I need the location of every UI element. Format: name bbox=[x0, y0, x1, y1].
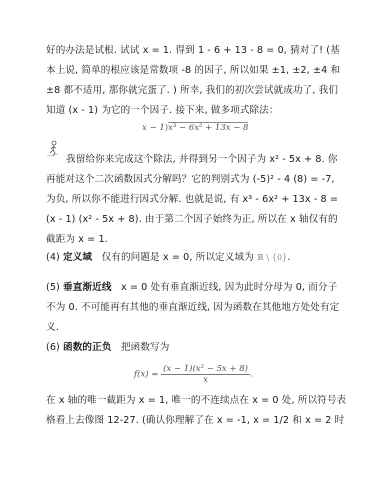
text-line: 好的办法是试根. 试试 x = 1. 得到 1 - 6 + 13 - 8 = 0… bbox=[46, 44, 340, 58]
text-line: 本上说, 简单的根应该是常数项 -8 的因子, 所以如果 ±1, ±2, ±4 … bbox=[46, 64, 340, 78]
section-heading: 函数的正负 bbox=[63, 342, 111, 353]
text-line: 不为 0. 不可能再有其他的垂直渐近线, 因为函数在其他地方处处有定 bbox=[46, 301, 339, 315]
section-text: 把函数写为 bbox=[121, 342, 169, 353]
text-line: 再能对这个二次函数因式分解吗？它的判别式为 (-5)² - 4 (8) = -7… bbox=[46, 173, 335, 187]
text-line: 格看上去像图 12-27. (确认你理解了在 x = -1, x = 1/2 和… bbox=[46, 414, 344, 428]
walking-figure-icon bbox=[46, 140, 62, 158]
formula-lhs: f(x) = bbox=[134, 370, 158, 380]
section-sign: (6) 函数的正负 把函数写为 bbox=[46, 341, 169, 355]
section-heading: 定义域 bbox=[63, 252, 92, 263]
period: . bbox=[250, 370, 253, 380]
denominator: x bbox=[161, 375, 250, 385]
text-line: 截距为 x = 1. bbox=[46, 233, 108, 247]
numerator: (x − 1)(x² − 5x + 8) bbox=[161, 364, 250, 375]
text-line: 我留给你来完成这个除法, 并得到另一个因子为 x² - 5x + 8. 你 bbox=[66, 153, 338, 167]
domain-math: ℝ \ {0} bbox=[257, 253, 287, 262]
section-vertical-asymptote: (5) 垂直渐近线 x = 0 处有垂直渐近线, 因为此时分母为 0, 而分子 bbox=[46, 281, 337, 295]
section-heading: 垂直渐近线 bbox=[63, 282, 111, 293]
function-formula: f(x) = (x − 1)(x² − 5x + 8) x . bbox=[134, 364, 253, 385]
text-line: 在 x 轴的唯一截距为 x = 1, 唯一的不连续点在 x = 0 处, 所以符… bbox=[46, 394, 346, 408]
text-line: 为负, 所以你不能进行因式分解. 也就是说, 有 x³ - 6x² + 13x … bbox=[46, 193, 338, 207]
text-line: 知道 (x - 1) 为它的一个因子. 接下来, 做多项式除法： bbox=[46, 104, 279, 118]
divisor: x − 1 bbox=[142, 123, 165, 133]
section-number: (5) bbox=[46, 282, 60, 293]
section-domain: (4) 定义域 仅有的问题是 x = 0, 所以定义域为 ℝ \ {0}. bbox=[46, 251, 291, 265]
text-line: (x - 1) (x² - 5x + 8). 由于第二个因子始终为正, 所以在 … bbox=[46, 213, 338, 227]
fraction: (x − 1)(x² − 5x + 8) x bbox=[161, 364, 250, 385]
dividend: x³ − 6x² + 13x − 8 bbox=[168, 122, 248, 133]
text-line: 义. bbox=[46, 321, 59, 335]
long-division-formula: x − 1)x³ − 6x² + 13x − 8 bbox=[142, 123, 248, 133]
text-line: ±8 都不适用, 那你就完蛋了. ) 所幸, 我们的初次尝试就成功了, 我们 bbox=[46, 84, 338, 98]
period: . bbox=[287, 252, 290, 263]
text-line: x = 0 处有垂直渐近线, 因为此时分母为 0, 而分子 bbox=[121, 282, 337, 293]
section-text: 仅有的问题是 x = 0, 所以定义域为 bbox=[102, 252, 254, 263]
section-number: (6) bbox=[46, 342, 60, 353]
section-number: (4) bbox=[46, 252, 60, 263]
